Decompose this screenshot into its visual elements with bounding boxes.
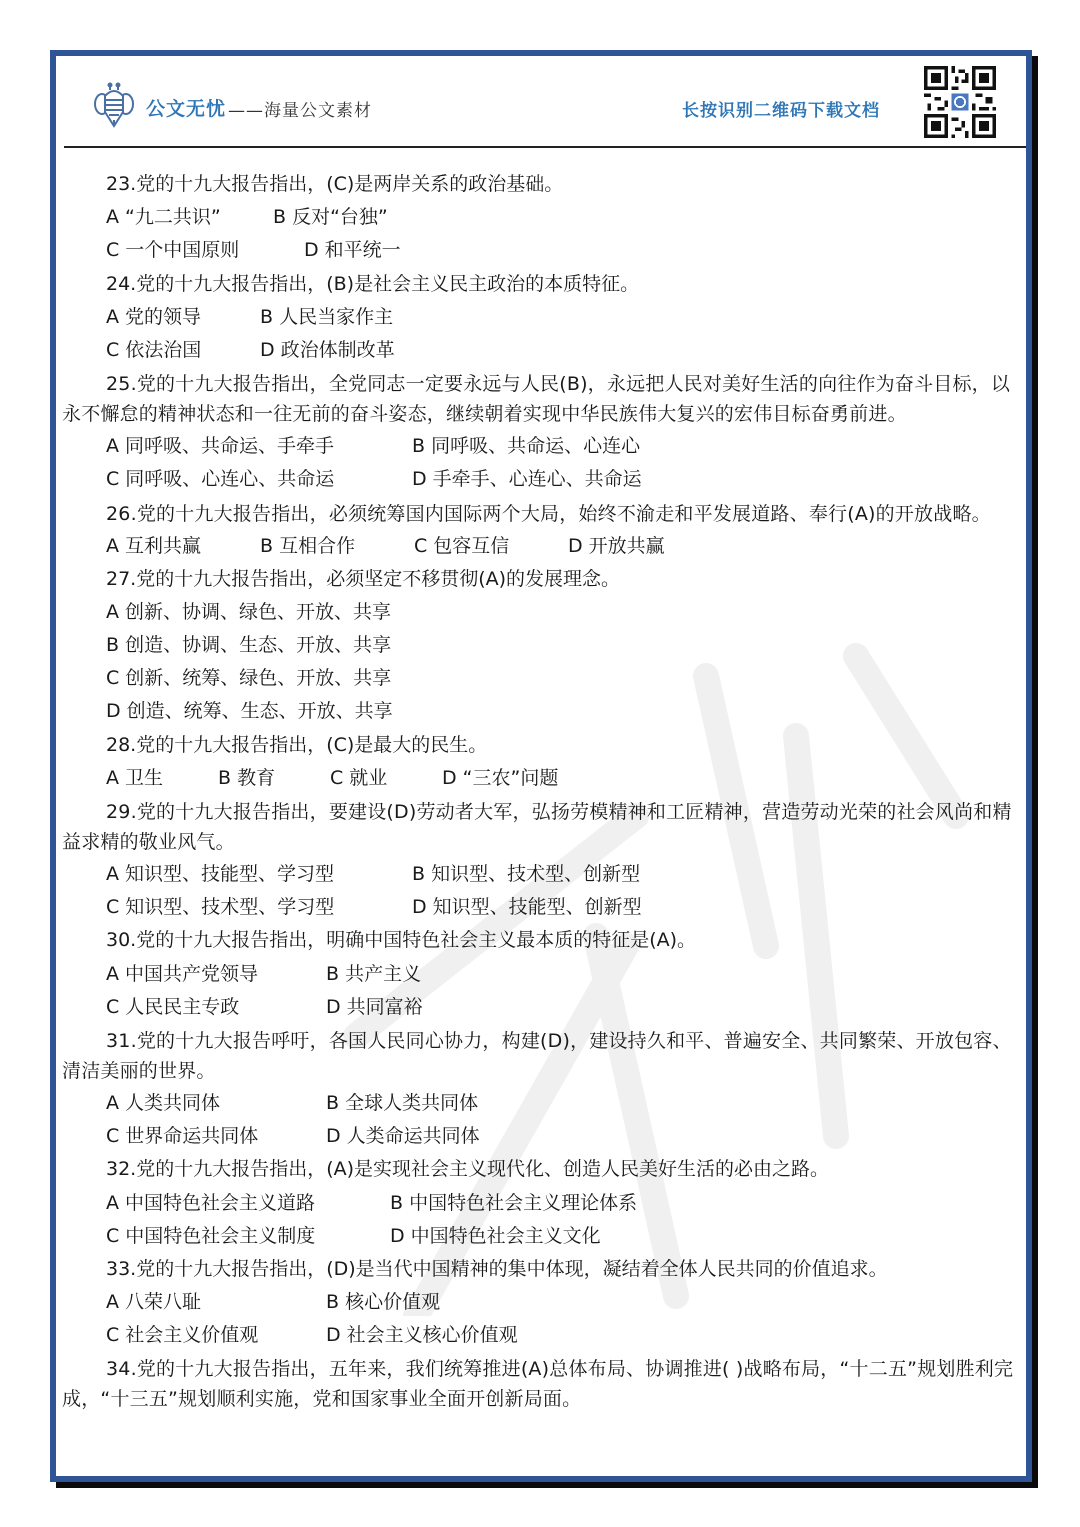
question-list: 23.党的十九大报告指出，(C)是两岸关系的政治基础。 A “九二共识”B 反对… xyxy=(62,168,1017,1415)
option-b: B 核心价值观 xyxy=(326,1286,440,1319)
question-stem: 23.党的十九大报告指出，(C)是两岸关系的政治基础。 xyxy=(62,168,1017,201)
option-row: C 人民民主专政D 共同富裕 xyxy=(62,991,1017,1024)
option-d: D 开放共赢 xyxy=(568,530,665,563)
option-c: C 一个中国原则 xyxy=(106,234,304,267)
question-stem: 27.党的十九大报告指出，必须坚定不移贯彻(A)的发展理念。 xyxy=(62,563,1017,596)
question-stem: 28.党的十九大报告指出，(C)是最大的民生。 xyxy=(62,729,1017,762)
question-stem: 32.党的十九大报告指出，(A)是实现社会主义现代化、创造人民美好生活的必由之路… xyxy=(62,1153,1017,1186)
option-a: A “九二共识” xyxy=(106,201,273,234)
option-row: A 知识型、技能型、学习型B 知识型、技术型、创新型 xyxy=(62,858,1017,891)
option-row: A 卫生B 教育C 就业D “三农”问题 xyxy=(62,762,1017,795)
question-stem: 30.党的十九大报告指出，明确中国特色社会主义最本质的特征是(A)。 xyxy=(62,924,1017,957)
option-b: B 互相合作 xyxy=(260,530,414,563)
option-row: A 同呼吸、共命运、手牵手B 同呼吸、共命运、心连心 xyxy=(62,430,1017,463)
option-row: A 人类共同体B 全球人类共同体 xyxy=(62,1087,1017,1120)
option-row: A “九二共识”B 反对“台独” xyxy=(62,201,1017,234)
option-row: C 同呼吸、心连心、共命运D 手牵手、心连心、共命运 xyxy=(62,463,1017,496)
option-row: C 世界命运共同体D 人类命运共同体 xyxy=(62,1120,1017,1153)
option-row: A 中国共产党领导B 共产主义 xyxy=(62,958,1017,991)
option-d: D 和平统一 xyxy=(304,234,401,267)
option-d: D 中国特色社会主义文化 xyxy=(390,1220,601,1253)
question-stem: 33.党的十九大报告指出，(D)是当代中国精神的集中体现，凝结着全体人民共同的价… xyxy=(62,1253,1017,1286)
option-row: C 一个中国原则D 和平统一 xyxy=(62,234,1017,267)
option-a: A 创新、协调、绿色、开放、共享 xyxy=(62,596,1017,629)
option-row: C 知识型、技术型、学习型D 知识型、技能型、创新型 xyxy=(62,891,1017,924)
question-stem: 24.党的十九大报告指出，(B)是社会主义民主政治的本质特征。 xyxy=(62,268,1017,301)
question-stem: 26.党的十九大报告指出，必须统筹国内国际两个大局，始终不渝走和平发展道路、奉行… xyxy=(62,499,1017,529)
option-c: C 同呼吸、心连心、共命运 xyxy=(106,463,412,496)
option-b: B 全球人类共同体 xyxy=(326,1087,478,1120)
qr-download-hint: 长按识别二维码下载文档 xyxy=(682,96,880,121)
question-stem: 34.党的十九大报告指出，五年来，我们统筹推进(A)总体布局、协调推进( )战略… xyxy=(62,1354,1017,1414)
option-row: C 依法治国D 政治体制改革 xyxy=(62,334,1017,367)
option-d: D 创造、统筹、生态、开放、共享 xyxy=(62,695,1017,728)
option-row: C 中国特色社会主义制度D 中国特色社会主义文化 xyxy=(62,1220,1017,1253)
option-c: C 依法治国 xyxy=(106,334,260,367)
option-d: D 社会主义核心价值观 xyxy=(326,1319,518,1352)
option-row: A 党的领导B 人民当家作主 xyxy=(62,301,1017,334)
option-row: A 互利共赢B 互相合作C 包容互信D 开放共赢 xyxy=(62,530,1017,563)
bee-icon xyxy=(94,82,134,132)
option-b: B 反对“台独” xyxy=(273,201,388,234)
option-a: A 党的领导 xyxy=(106,301,260,334)
option-row: A 八荣八耻B 核心价值观 xyxy=(62,1286,1017,1319)
option-c: C 创新、统筹、绿色、开放、共享 xyxy=(62,662,1017,695)
document-frame: 公文无忧 ——海量公文素材 长按识别二维码下载文档 xyxy=(50,50,1032,1482)
option-b: B 共产主义 xyxy=(326,958,421,991)
page-header: 公文无忧 ——海量公文素材 长按识别二维码下载文档 xyxy=(64,56,1026,148)
question-stem: 29.党的十九大报告指出，要建设(D)劳动者大军，弘扬劳模精神和工匠精神，营造劳… xyxy=(62,797,1017,857)
option-b: B 创造、协调、生态、开放、共享 xyxy=(62,629,1017,662)
question-stem: 25.党的十九大报告指出，全党同志一定要永远与人民(B)，永远把人民对美好生活的… xyxy=(62,369,1017,429)
qr-code-icon[interactable] xyxy=(924,66,996,138)
option-c: C 世界命运共同体 xyxy=(106,1120,326,1153)
option-row: A 中国特色社会主义道路B 中国特色社会主义理论体系 xyxy=(62,1187,1017,1220)
option-b: B 教育 xyxy=(218,762,330,795)
option-a: A 互利共赢 xyxy=(106,530,260,563)
option-a: A 八荣八耻 xyxy=(106,1286,326,1319)
option-d: D 手牵手、心连心、共命运 xyxy=(412,463,642,496)
option-a: A 知识型、技能型、学习型 xyxy=(106,858,412,891)
option-c: C 人民民主专政 xyxy=(106,991,326,1024)
option-a: A 卫生 xyxy=(106,762,218,795)
option-c: C 就业 xyxy=(330,762,442,795)
option-a: A 人类共同体 xyxy=(106,1087,326,1120)
question-stem: 31.党的十九大报告呼吁，各国人民同心协力，构建(D)，建设持久和平、普遍安全、… xyxy=(62,1026,1017,1086)
option-row: C 社会主义价值观D 社会主义核心价值观 xyxy=(62,1319,1017,1352)
option-d: D 共同富裕 xyxy=(326,991,423,1024)
option-d: D 知识型、技能型、创新型 xyxy=(412,891,642,924)
option-d: D “三农”问题 xyxy=(442,762,558,795)
option-a: A 中国特色社会主义道路 xyxy=(106,1187,390,1220)
option-d: D 政治体制改革 xyxy=(260,334,395,367)
option-c: C 中国特色社会主义制度 xyxy=(106,1220,390,1253)
brand-tagline: ——海量公文素材 xyxy=(228,96,372,121)
option-b: B 人民当家作主 xyxy=(260,301,393,334)
brand-name: 公文无忧 xyxy=(146,94,226,121)
option-b: B 同呼吸、共命运、心连心 xyxy=(412,430,640,463)
option-b: B 知识型、技术型、创新型 xyxy=(412,858,640,891)
option-c: C 知识型、技术型、学习型 xyxy=(106,891,412,924)
option-a: A 中国共产党领导 xyxy=(106,958,326,991)
option-c: C 社会主义价值观 xyxy=(106,1319,326,1352)
option-a: A 同呼吸、共命运、手牵手 xyxy=(106,430,412,463)
option-b: B 中国特色社会主义理论体系 xyxy=(390,1187,637,1220)
option-d: D 人类命运共同体 xyxy=(326,1120,480,1153)
option-c: C 包容互信 xyxy=(414,530,568,563)
